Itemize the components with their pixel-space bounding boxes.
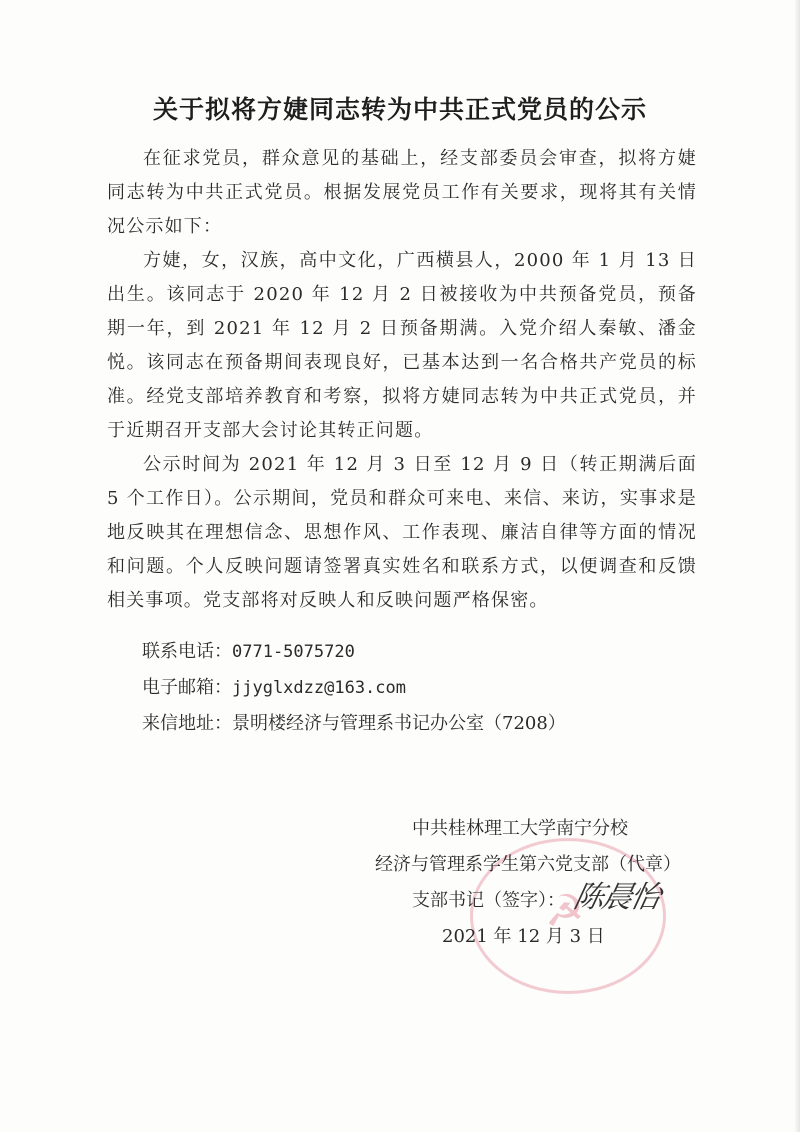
scan-edge-shadow — [794, 0, 800, 1132]
contact-phone-row: 联系电话：0771-5075720 — [142, 634, 566, 670]
contact-address-row: 来信地址：景明楼经济与管理系书记办公室（7208） — [142, 706, 566, 741]
contact-email-row: 电子邮箱：jjyglxdzz@163.com — [142, 670, 566, 706]
email-label: 电子邮箱： — [142, 677, 232, 698]
address-value: 景明楼经济与管理系书记办公室（7208） — [232, 713, 566, 734]
email-value: jjyglxdzz@163.com — [232, 678, 406, 698]
document-title: 关于拟将方婕同志转为中共正式党员的公示 — [0, 90, 800, 126]
paragraph-notice-period: 公示时间为 2021 年 12 月 3 日至 12 月 9 日（转正期满后面 5… — [107, 448, 697, 618]
phone-label: 联系电话： — [142, 641, 232, 662]
secretary-label: 支部书记（签字）： — [412, 883, 565, 919]
document-page: 关于拟将方婕同志转为中共正式党员的公示 在征求党员，群众意见的基础上，经支部委员… — [0, 0, 800, 1132]
document-body: 在征求党员，群众意见的基础上，经支部委员会审查，拟将方婕同志转为中共正式党员。根… — [107, 142, 697, 618]
phone-value: 0771-5075720 — [232, 642, 355, 662]
paragraph-profile: 方婕，女，汉族，高中文化，广西横县人，2000 年 1 月 13 日出生。该同志… — [107, 244, 697, 448]
contact-info: 联系电话：0771-5075720 电子邮箱：jjyglxdzz@163.com… — [142, 634, 566, 741]
handwritten-signature: 陈晨怡 — [570, 872, 663, 916]
signature-date: 2021 年 12 月 3 日 — [442, 919, 605, 955]
paragraph-intro: 在征求党员，群众意见的基础上，经支部委员会审查，拟将方婕同志转为中共正式党员。根… — [107, 142, 697, 244]
org-line-1: 中共桂林理工大学南宁分校 — [412, 811, 628, 847]
address-label: 来信地址： — [142, 713, 232, 734]
